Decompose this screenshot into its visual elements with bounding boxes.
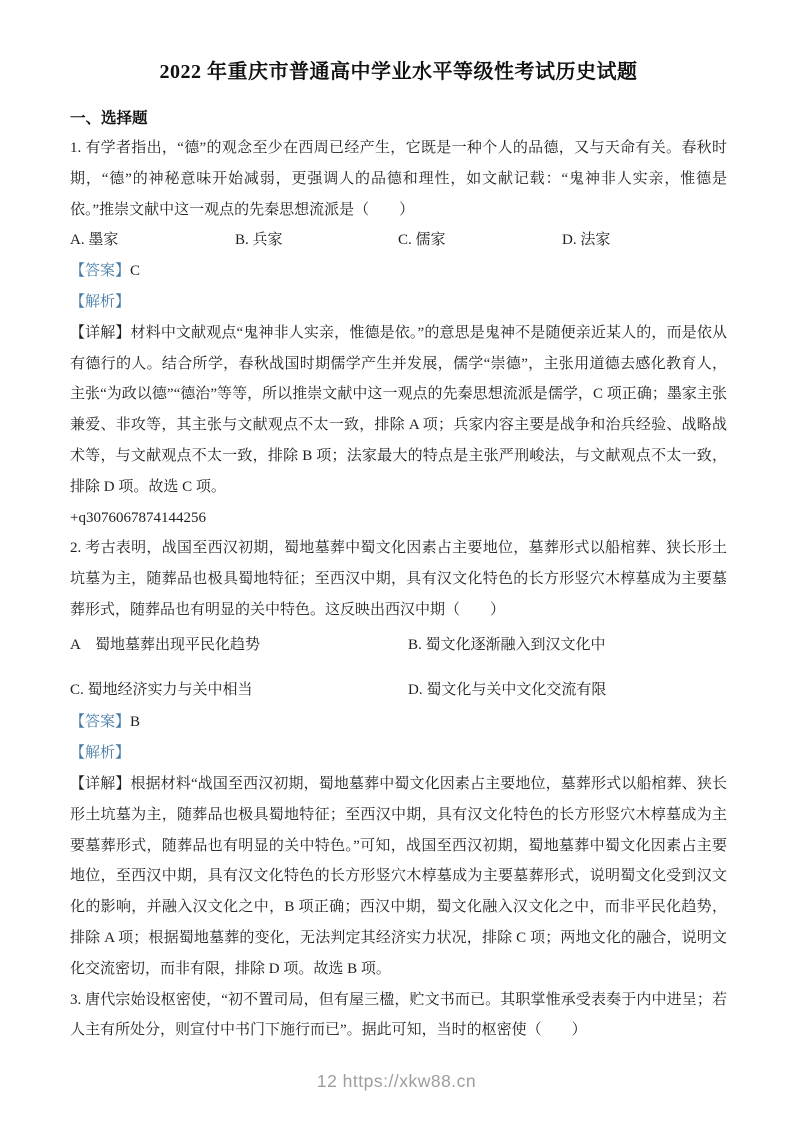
question-1-option-a: A. 墨家 <box>70 225 235 256</box>
question-2-stem: 2. 考古表明，战国至西汉初期，蜀地墓葬中蜀文化因素占主要地位，墓葬形式以船棺葬… <box>70 533 727 625</box>
question-1-answer-line: 【答案】C <box>70 256 727 287</box>
question-1-options: A. 墨家 B. 兵家 C. 儒家 D. 法家 <box>70 225 727 256</box>
question-2-option-d: D. 蜀文化与关中文化交流有限 <box>408 675 727 706</box>
question-1-option-c: C. 儒家 <box>398 225 562 256</box>
question-3: 3. 唐代宗始设枢密使，“初不置司局，但有屋三楹，贮文书而已。其职掌惟承受表奏于… <box>70 985 727 1047</box>
page-footer: 12 https://xkw88.cn <box>0 1071 793 1092</box>
footer-page-number-and-url: 12 https://xkw88.cn <box>317 1071 476 1091</box>
answer-label: 【答案】 <box>70 714 130 730</box>
question-2-option-b: B. 蜀文化逐渐融入到汉文化中 <box>408 630 727 661</box>
question-2-options: A 蜀地墓葬出现平民化趋势 B. 蜀文化逐渐融入到汉文化中 C. 蜀地经济实力与… <box>70 630 727 706</box>
stray-code: +q3076067874144256 <box>70 503 727 534</box>
question-2-option-a: A 蜀地墓葬出现平民化趋势 <box>70 630 408 661</box>
answer-value: C <box>130 263 140 279</box>
question-2: 2. 考古表明，战国至西汉初期，蜀地墓葬中蜀文化因素占主要地位，墓葬形式以船棺葬… <box>70 533 727 984</box>
question-2-detail: 【详解】根据材料“战国至西汉初期，蜀地墓葬中蜀文化因素占主要地位，墓葬形式以船棺… <box>70 769 727 985</box>
question-1-analysis-label: 【解析】 <box>70 287 727 318</box>
page-title: 2022 年重庆市普通高中学业水平等级性考试历史试题 <box>70 58 727 86</box>
document-page: 2022 年重庆市普通高中学业水平等级性考试历史试题 一、选择题 1. 有学者指… <box>0 0 793 1122</box>
question-2-option-c: C. 蜀地经济实力与关中相当 <box>70 675 408 706</box>
answer-label: 【答案】 <box>70 263 130 279</box>
question-1-option-d: D. 法家 <box>562 225 727 256</box>
question-1-option-b: B. 兵家 <box>235 225 398 256</box>
question-3-stem: 3. 唐代宗始设枢密使，“初不置司局，但有屋三楹，贮文书而已。其职掌惟承受表奏于… <box>70 985 727 1047</box>
answer-value: B <box>130 714 140 730</box>
question-1: 1. 有学者指出，“德”的观念至少在西周已经产生，它既是一种个人的品德，又与天命… <box>70 133 727 533</box>
question-1-detail: 【详解】材料中文献观点“鬼神非人实亲，惟德是依。”的意思是鬼神不是随便亲近某人的… <box>70 318 727 503</box>
document-content: 2022 年重庆市普通高中学业水平等级性考试历史试题 一、选择题 1. 有学者指… <box>0 58 793 1046</box>
question-1-stem: 1. 有学者指出，“德”的观念至少在西周已经产生，它既是一种个人的品德，又与天命… <box>70 133 727 225</box>
question-2-answer-line: 【答案】B <box>70 707 727 738</box>
question-2-analysis-label: 【解析】 <box>70 738 727 769</box>
section-heading: 一、选择题 <box>70 109 727 129</box>
